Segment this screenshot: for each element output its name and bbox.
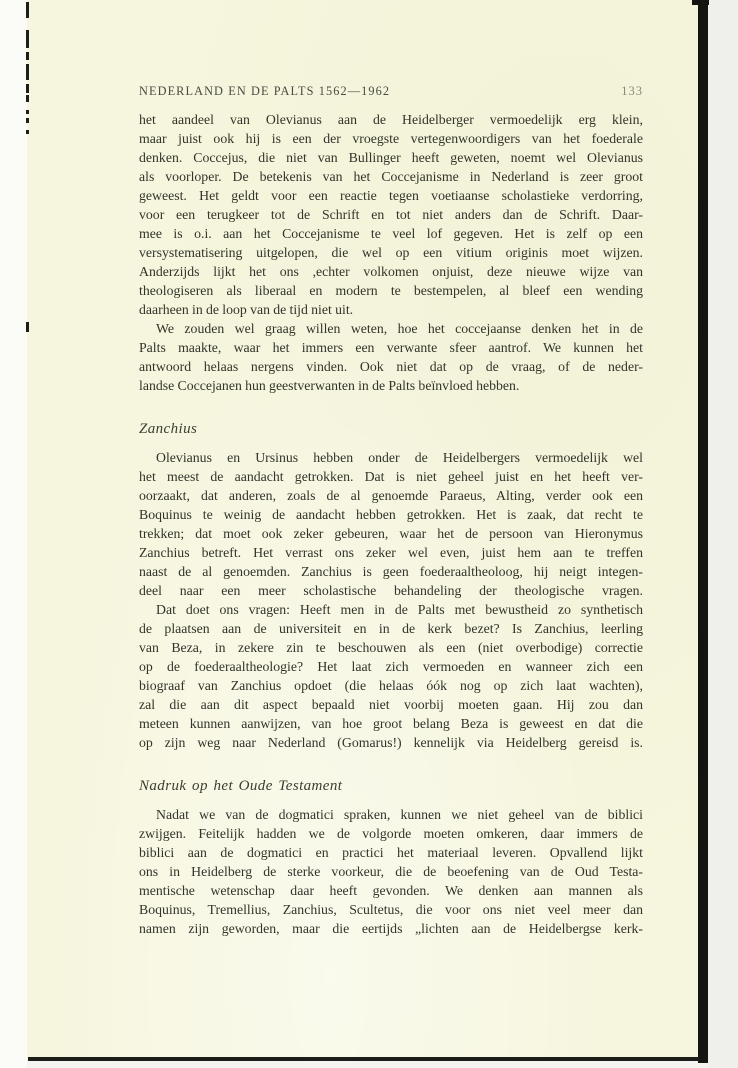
running-header: NEDERLAND EN DE PALTS 1562—1962 133 [139,84,643,98]
text-line: landse Coccejanen hun geestverwanten in … [139,376,643,395]
text-line: Olevianus en Ursinus hebben onder de Hei… [139,448,643,467]
text-line: denken. Coccejus, die niet van Bullinger… [139,148,643,167]
text-line: naast de al genoemden. Zanchius is geen … [139,562,643,581]
text-line: ons in Heidelberg de sterke voorkeur, di… [139,862,643,881]
text-line: trekken; dat moet ook zeker gebeuren, wa… [139,524,643,543]
page-content: NEDERLAND EN DE PALTS 1562—1962 133 het … [139,84,643,938]
text-line: Dat doet ons vragen: Heeft men in de Pal… [139,600,643,619]
text-line: theologiseren als liberaal en modern te … [139,281,643,300]
scan-artifact-dash [26,130,29,134]
text-line: Nadat we van de dogmatici spraken, kunne… [139,805,643,824]
text-line: als voorloper. De betekenis van het Cocc… [139,167,643,186]
text-line: Palts maakte, waar het immers een verwan… [139,338,643,357]
text-line: voor een terugkeer tot de Schrift en tot… [139,205,643,224]
text-line: biblici aan de dogmatici en practici het… [139,843,643,862]
paragraph: Dat doet ons vragen: Heeft men in de Pal… [139,600,643,752]
text-line: het aandeel van Olevianus aan de Heidelb… [139,110,643,129]
text-line: mee is o.i. aan het Coccejanisme te veel… [139,224,643,243]
scan-artifact-dash [26,110,29,114]
scan-edge-bottom-line [28,1057,700,1061]
text-line: de plaatsen aan de universiteit en in de… [139,619,643,638]
text-line: antwoord helaas nergens vinden. Ook niet… [139,357,643,376]
scan-artifact-dash [26,95,29,102]
scan-edge-bar [698,0,708,1063]
page-number: 133 [621,84,643,99]
scan-artifact-dash [26,30,29,48]
paragraph: het aandeel van Olevianus aan de Heidelb… [139,110,643,319]
scan-artifact-dash [26,84,29,93]
text-line: versystematisering uitgelopen, die wel o… [139,243,643,262]
scanner-margin-left [0,0,27,1068]
scanned-book-page-canvas: { "page": { "header": { "title": "NEDERL… [0,0,738,1068]
scan-artifact-dash [26,52,29,60]
paragraph: Olevianus en Ursinus hebben onder de Hei… [139,448,643,600]
scanner-margin-right [708,0,738,1068]
text-line: van Beza, in zekere zin te beschouwen al… [139,638,643,657]
section-heading: Zanchius [139,419,643,439]
text-line: Zanchius betreft. Het verrast ons zeker … [139,543,643,562]
book-page: NEDERLAND EN DE PALTS 1562—1962 133 het … [27,0,698,1061]
text-line: We zouden wel graag willen weten, hoe he… [139,319,643,338]
text-line: zwijgen. Feitelijk hadden we de volgorde… [139,824,643,843]
scan-artifact-dash [26,2,29,18]
scan-artifact-dash [26,64,29,80]
scan-artifact-dash [26,322,29,332]
text-line: geweest. Het geldt voor een reactie tege… [139,186,643,205]
text-line: op de foederaaltheologie? Het laat zich … [139,657,643,676]
text-line: op zijn weg naar Nederland (Gomarus!) ke… [139,733,643,752]
text-line: biograaf van Zanchius opdoet (die helaas… [139,676,643,695]
text-line: namen zijn geworden, maar die eertijds „… [139,919,643,938]
text-line: oorzaakt, dat anderen, zoals de al genoe… [139,486,643,505]
text-content: het aandeel van Olevianus aan de Heidelb… [139,110,643,938]
scan-edge-bar-notch [692,0,709,5]
text-line: maar juist ook hij is een der vroegste v… [139,129,643,148]
text-line: Boquinus, Tremellius, Zanchius, Scultetu… [139,900,643,919]
section-heading: Nadruk op het Oude Testament [139,776,643,796]
text-line: Boquinus te weinig de aandacht hebben ge… [139,505,643,524]
text-line: daarheen in de loop van de tijd niet uit… [139,300,643,319]
text-line: deel naar een meer scholastische behande… [139,581,643,600]
text-line: meteen kunnen aanwijzen, van hoe groot b… [139,714,643,733]
text-line: zal die aan dit aspect bepaald niet voor… [139,695,643,714]
text-line: het meest de aandacht getrokken. Dat is … [139,467,643,486]
scan-artifact-dash [26,118,29,123]
paragraph: Nadat we van de dogmatici spraken, kunne… [139,805,643,938]
running-header-title: NEDERLAND EN DE PALTS 1562—1962 [139,84,390,99]
text-line: mentische wetenschap daar heeft gevonden… [139,881,643,900]
text-line: Anderzijds lijkt het ons ,echter volkome… [139,262,643,281]
paragraph: We zouden wel graag willen weten, hoe he… [139,319,643,395]
